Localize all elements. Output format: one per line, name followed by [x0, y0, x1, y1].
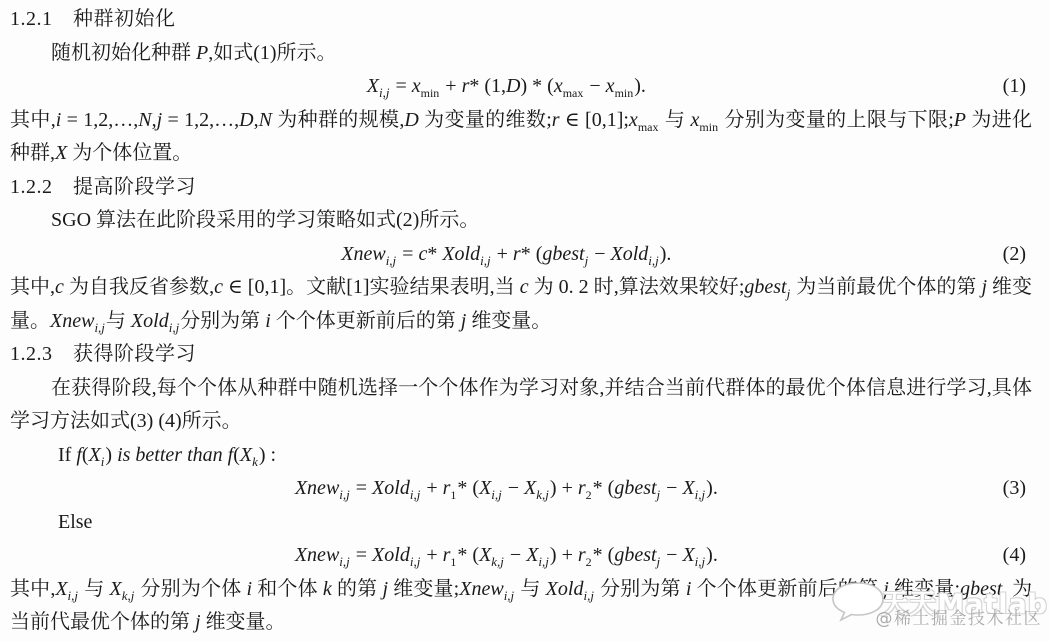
- equation-4-body: Xnewi,j = Xoldi,j + r1* (Xk,j − Xi,j) + …: [10, 539, 1003, 573]
- section-heading-1-2-3: 1.2.3 获得阶段学习: [10, 338, 1032, 372]
- pseudocode-if-line: If f(Xi) is better than f(Xk) :: [10, 439, 1032, 473]
- equation-3-body: Xnewi,j = Xoldi,j + r1* (Xi,j − Xk,j) + …: [10, 472, 1003, 506]
- pseudocode-else-line: Else: [10, 506, 1032, 540]
- equation-2-number: (2): [1003, 238, 1032, 272]
- para-where-eq34: 其中,Xi,j 与 Xk,j 分别为个体 i 和个体 k 的第 j 维变量;Xn…: [10, 573, 1032, 640]
- para-acquire-phase: 在获得阶段,每个个体从种群中随机选择一个个体作为学习对象,并结合当前代群体的最优…: [10, 372, 1032, 439]
- equation-1: Xi,j = xmin + r* (1,D) * (xmax − xmin). …: [10, 70, 1032, 104]
- equation-4: Xnewi,j = Xoldi,j + r1* (Xk,j − Xi,j) + …: [10, 539, 1032, 573]
- equation-1-number: (1): [1003, 70, 1032, 104]
- para-population-init-intro: 随机初始化种群 P,如式(1)所示。: [10, 37, 1032, 71]
- section-heading-1-2-1: 1.2.1 种群初始化: [10, 3, 1032, 37]
- equation-2: Xnewi,j = c* Xoldi,j + r* (gbestj − Xold…: [10, 238, 1032, 272]
- para-sgo-strategy: SGO 算法在此阶段采用的学习策略如式(2)所示。: [10, 204, 1032, 238]
- equation-3-number: (3): [1003, 472, 1032, 506]
- equation-2-body: Xnewi,j = c* Xoldi,j + r* (gbestj − Xold…: [10, 238, 1003, 272]
- document-page: 1.2.1 种群初始化 随机初始化种群 P,如式(1)所示。 Xi,j = xm…: [0, 0, 1050, 642]
- para-where-eq1: 其中,i = 1,2,…,N,j = 1,2,…,D,N 为种群的规模,D 为变…: [10, 104, 1032, 171]
- equation-1-body: Xi,j = xmin + r* (1,D) * (xmax − xmin).: [10, 70, 1003, 104]
- equation-3: Xnewi,j = Xoldi,j + r1* (Xi,j − Xk,j) + …: [10, 472, 1032, 506]
- section-heading-1-2-2: 1.2.2 提高阶段学习: [10, 171, 1032, 205]
- para-where-eq2: 其中,c 为自我反省参数,c ∈ [0,1]。文献[1]实验结果表明,当 c 为…: [10, 271, 1032, 338]
- equation-4-number: (4): [1003, 539, 1032, 573]
